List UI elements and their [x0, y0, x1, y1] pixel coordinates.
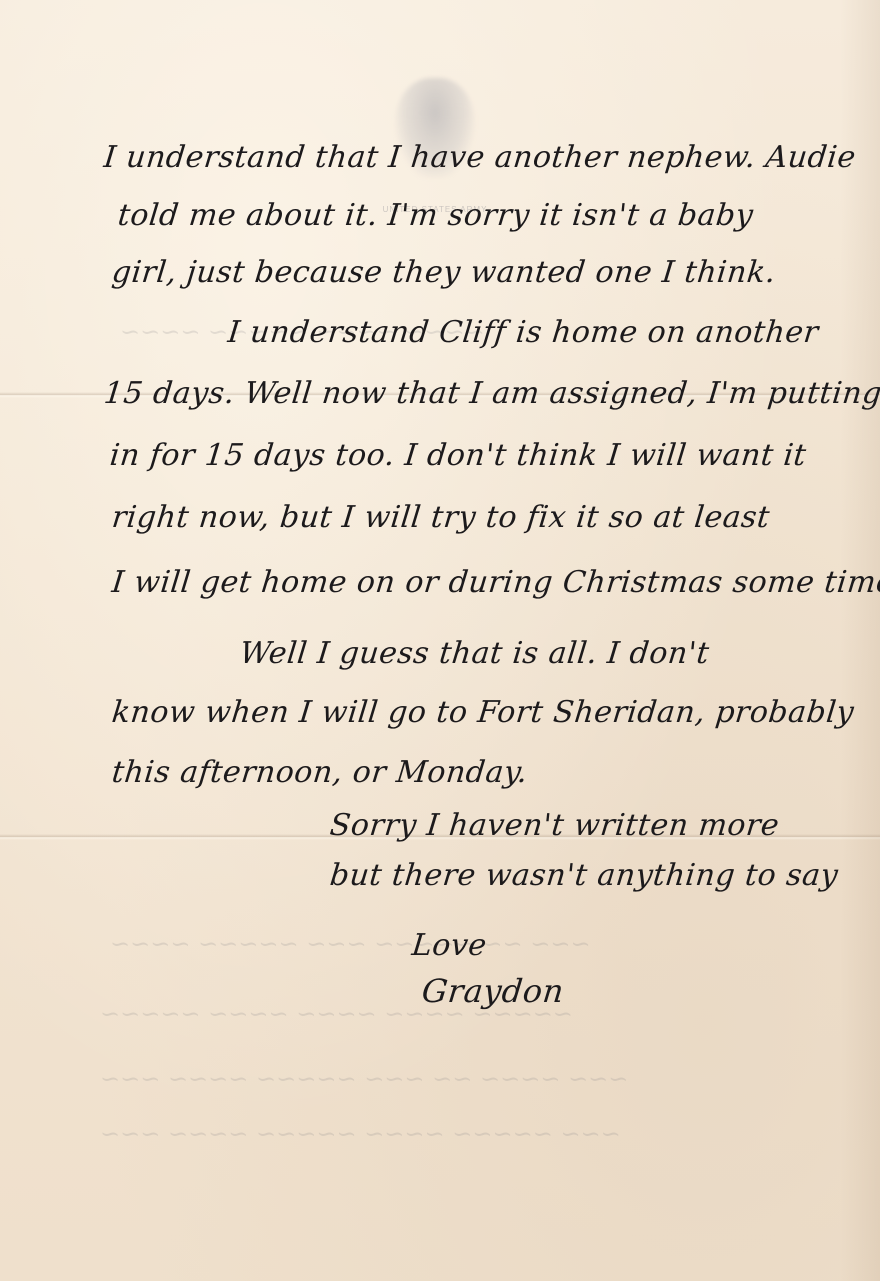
- letter-line: this afternoon, or Monday.: [110, 755, 529, 790]
- letter-line: I will get home on or during Christmas s…: [110, 565, 880, 600]
- letter-line: right now, but I will try to fix it so a…: [110, 500, 771, 535]
- paper-edge-shadow: [840, 0, 880, 1281]
- letter-line: 15 days. Well now that I am assigned, I'…: [102, 376, 880, 411]
- bleed-through-mark: ~~~ ~~~~~ ~~~~ ~~~~~ ~~~~ ~~~: [100, 1120, 621, 1148]
- letter-line: Sorry I haven't written more: [328, 808, 781, 843]
- letter-line: I understand that I have another nephew.…: [102, 140, 857, 175]
- letter-line: in for 15 days too. I don't think I will…: [108, 438, 808, 473]
- letter-line: know when I will go to Fort Sheridan, pr…: [110, 695, 856, 730]
- bleed-through-mark: ~~~ ~~ ~~~~~ ~~~ ~~~~~ ~~~~: [110, 930, 591, 958]
- letter-line: told me about it. I'm sorry it isn't a b…: [116, 198, 755, 233]
- letter-line: I understand Cliff is home on another: [226, 315, 820, 350]
- letter-line: Well I guess that is all. I don't: [238, 636, 711, 671]
- letter-closing: Love: [410, 928, 488, 963]
- letter-page: UNITED STATES ARMY ~~~~ ~~~~ ~~~~~ ~~~~ …: [0, 0, 880, 1281]
- letter-line: girl, just because they wanted one I thi…: [110, 255, 777, 290]
- bleed-through-mark: ~~~ ~~~~ ~~ ~~~ ~~~~~ ~~~~ ~~~: [100, 1065, 628, 1093]
- letter-line: but there wasn't anything to say: [328, 858, 840, 893]
- letter-signature: Graydon: [420, 972, 566, 1010]
